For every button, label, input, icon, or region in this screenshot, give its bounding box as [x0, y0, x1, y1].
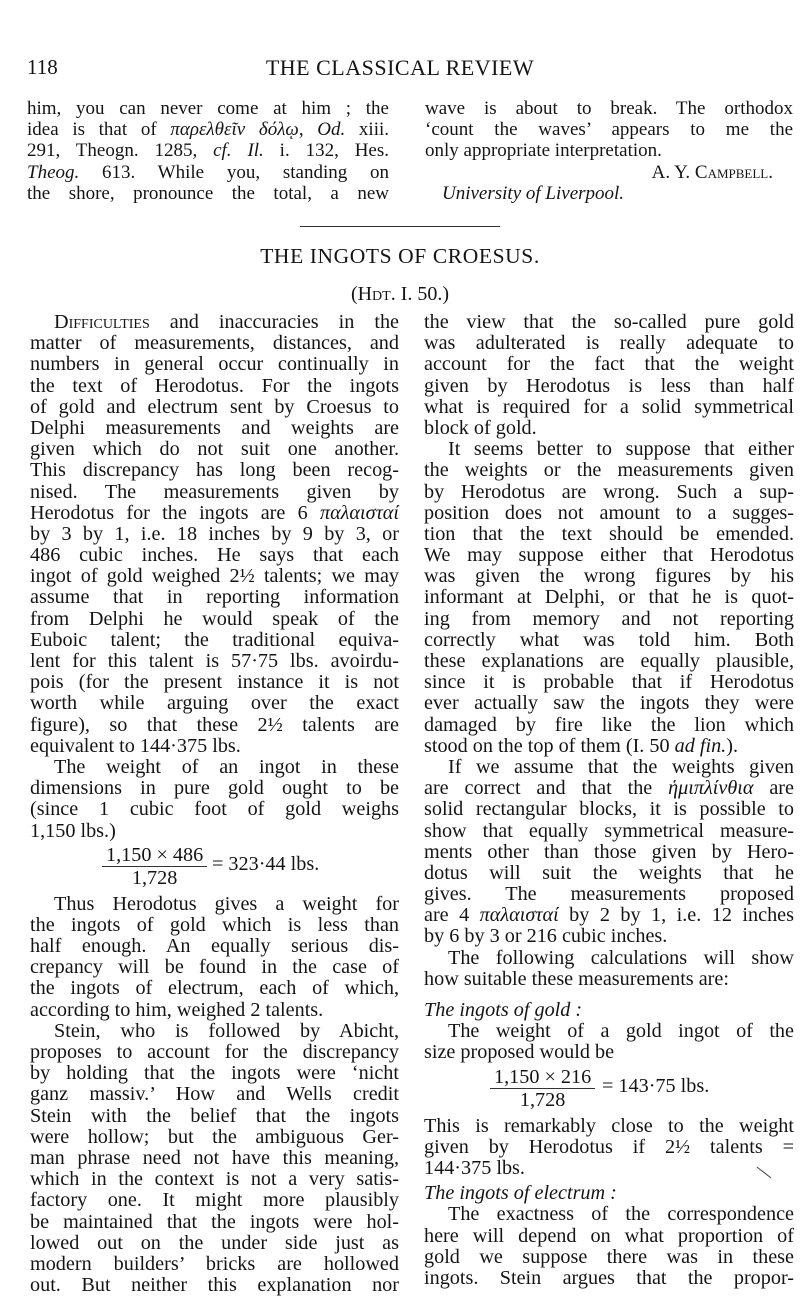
text-line: Stein with the belief that the ingots	[30, 1106, 399, 1127]
text-line: lent for this talent is 57·75 lbs. avoir…	[30, 651, 399, 672]
text-line: It seems better to suppose that either	[424, 439, 794, 460]
previous-article-right: wave is about to break. The orthodox ‘co…	[425, 98, 793, 204]
text-line: ever actually saw the ingots they were	[424, 693, 794, 714]
text-line: are 4 παλαισταί by 2 by 1, i.e. 12 inche…	[424, 905, 794, 926]
text-line: size proposed would be	[424, 1042, 794, 1063]
text-line: modern builders’ bricks are hollowed	[30, 1254, 399, 1275]
text-line: informant at Delphi, or that he is quot-	[424, 587, 794, 608]
text-line: only appropriate interpretation.	[425, 140, 793, 161]
text-line: Thus Herodotus gives a weight for	[30, 894, 399, 915]
paragraph-group: The weight of a gold ingot of thesize pr…	[424, 1021, 794, 1063]
text-line: ‘count the waves’ appears to me the	[425, 119, 793, 140]
text-line: from Delphi he would speak of the	[30, 609, 399, 630]
text-line: ganz massiv.’ How and Wells credit	[30, 1084, 399, 1105]
text-line: the shore, pronounce the total, a new	[27, 183, 389, 204]
text-line: by Herodotus are wrong. Such a sup-	[424, 482, 794, 503]
text-line: these explanations are equally plausible…	[424, 651, 794, 672]
text-line: out. But neither this explanation nor	[30, 1275, 399, 1296]
author-signature: A. Y. Campbell.	[425, 162, 793, 183]
text-line: show that equally symmetrical measure-	[424, 821, 794, 842]
text-line: Theog. 613. While you, standing on	[27, 162, 389, 183]
text-line: Difficulties and inaccuracies in the	[30, 312, 399, 333]
running-head: 118 THE CLASSICAL REVIEW	[0, 55, 800, 85]
text-line: ingots. Stein argues that the propor-	[424, 1268, 794, 1289]
text-line: stood on the top of them (I. 50 ad fin.)…	[424, 736, 794, 757]
fraction: 1,150 × 216 1,728	[490, 1066, 595, 1111]
text-line: equivalent to 144·375 lbs.	[30, 736, 399, 757]
text-line: Stein, who is followed by Abicht,	[30, 1021, 399, 1042]
text-line: man phrase need not have this meaning,	[30, 1148, 399, 1169]
formula-result: = 323·44 lbs.	[212, 854, 319, 875]
text-line: proposes to account for the discrepancy	[30, 1042, 399, 1063]
text-line: of gold and electrum sent by Croesus to	[30, 397, 399, 418]
text-line: If we assume that the weights given	[424, 757, 794, 778]
paragraph-group: The exactness of the correspondencehere …	[424, 1204, 794, 1289]
paragraph-group: Difficulties and inaccuracies in thematt…	[30, 312, 399, 842]
text-line: by 6 by 3 or 216 cubic inches.	[424, 926, 794, 947]
text-line: Euboic talent; the traditional equiva-	[30, 630, 399, 651]
text-line: block of gold.	[424, 418, 794, 439]
text-line: which in the context is not a very satis…	[30, 1169, 399, 1190]
text-line: This is remarkably close to the weight	[424, 1116, 794, 1137]
text-line: ingot of gold weighed 2½ talents; we may	[30, 566, 399, 587]
text-line: pois (for the present instance it is not	[30, 672, 399, 693]
text-line: given by Herodotus if 2½ talents =	[424, 1137, 794, 1158]
denominator: 1,728	[102, 867, 207, 889]
text-line: the ingots of gold which is less than	[30, 915, 399, 936]
text-line: him, you can never come at him ; the	[27, 98, 389, 119]
text-line: ments other than those given by Hero-	[424, 842, 794, 863]
text-line: idea is that of παρελθεῖν δόλῳ, Od. xiii…	[27, 119, 389, 140]
text-line: ing from memory and not reporting	[424, 609, 794, 630]
text-line: by holding that the ingots were ‘nicht	[30, 1063, 399, 1084]
text-line: was adulterated is really adequate to	[424, 333, 794, 354]
fraction: 1,150 × 486 1,728	[102, 844, 207, 889]
text-line: (since 1 cubic foot of gold weighs	[30, 799, 399, 820]
text-line: gold we suppose there was in these	[424, 1247, 794, 1268]
text-line: position does not amount to a sugges-	[424, 503, 794, 524]
text-line: Herodotus for the ingots are 6 παλαισταί	[30, 503, 399, 524]
text-line: were hollow; but the ambiguous Ger-	[30, 1127, 399, 1148]
text-line: matter of measurements, distances, and	[30, 333, 399, 354]
text-line: figure), so that these 2½ talents are	[30, 715, 399, 736]
text-line: The exactness of the correspondence	[424, 1204, 794, 1225]
text-line: wave is about to break. The orthodox	[425, 98, 793, 119]
text-line: are correct and that the ἡμιπλίνθια are	[424, 778, 794, 799]
text-line: given by Herodotus is less than half	[424, 376, 794, 397]
text-line: how suitable these measurements are:	[424, 969, 794, 990]
text-line: correctly what was told him. Both	[424, 630, 794, 651]
text-line: This discrepancy has long been recog-	[30, 460, 399, 481]
text-line: 486 cubic inches. He says that each	[30, 545, 399, 566]
text-line: damaged by fire like the lion which	[424, 715, 794, 736]
text-line: The weight of an ingot in these	[30, 757, 399, 778]
text-line: account for the fact that the weight	[424, 354, 794, 375]
text-line: We may suppose either that Herodotus	[424, 545, 794, 566]
text-line: here will depend on what proportion of	[424, 1226, 794, 1247]
paragraph-group: the view that the so-called pure goldwas…	[424, 312, 794, 990]
text-line: 1,150 lbs.)	[30, 821, 399, 842]
drop-word: Difficulties	[54, 311, 150, 333]
text-line: numbers in general occur continually in	[30, 354, 399, 375]
text-line: Delphi measurements and weights are	[30, 418, 399, 439]
text-line: according to him, weighed 2 talents.	[30, 1000, 399, 1021]
text-line: given which do not suit one another.	[30, 439, 399, 460]
text-line: factory one. It might more plausibly	[30, 1190, 399, 1211]
paragraph-group: Thus Herodotus gives a weight forthe ing…	[30, 894, 399, 1297]
text-line: 144·375 lbs.	[424, 1158, 794, 1179]
text-line: gives. The measurements proposed	[424, 884, 794, 905]
text-line: dimensions in pure gold ought to be	[30, 778, 399, 799]
denominator: 1,728	[490, 1089, 595, 1111]
journal-title: THE CLASSICAL REVIEW	[0, 55, 800, 81]
text-line: was given the wrong figures by his	[424, 566, 794, 587]
text-line: dotus will suit the weights that he	[424, 863, 794, 884]
text-line: worth while arguing over the exact	[30, 693, 399, 714]
section-heading-gold: The ingots of gold :	[424, 1000, 794, 1021]
text-line: The following calculations will show	[424, 948, 794, 969]
formula-result: = 143·75 lbs.	[602, 1076, 709, 1097]
section-heading-electrum: The ingots of electrum :	[424, 1183, 794, 1204]
text-line: the view that the so-called pure gold	[424, 312, 794, 333]
text-line: crepancy will be found in the case of	[30, 957, 399, 978]
text-line: solid rectangular blocks, it is possible…	[424, 799, 794, 820]
formula-1: 1,150 × 486 1,728 = 323·44 lbs.	[30, 842, 399, 894]
text-line: be maintained that the ingots were hol-	[30, 1212, 399, 1233]
text-line: the weights or the measurements given	[424, 460, 794, 481]
text-line: The weight of a gold ingot of the	[424, 1021, 794, 1042]
previous-article-left: him, you can never come at him ; the ide…	[27, 98, 389, 204]
article-right-column: the view that the so-called pure goldwas…	[424, 312, 794, 1289]
text-line: nised. The measurements given by	[30, 482, 399, 503]
text-line: assume that in reporting information	[30, 587, 399, 608]
numerator: 1,150 × 216	[490, 1066, 595, 1089]
author-affiliation: University of Liverpool.	[425, 183, 793, 204]
section-divider	[300, 226, 500, 227]
article-title: THE INGOTS OF CROESUS.	[0, 244, 800, 269]
article-left-column: Difficulties and inaccuracies in thematt…	[30, 312, 399, 1296]
text-line: the ingots of electrum, each of which,	[30, 978, 399, 999]
text-line: since it is probable that if Herodotus	[424, 672, 794, 693]
text-line: lowed out on the under side just as	[30, 1233, 399, 1254]
text-line: the text of Herodotus. For the ingots	[30, 376, 399, 397]
text-line: half enough. An equally serious dis-	[30, 936, 399, 957]
article-subtitle: (Hdt. I. 50.)	[0, 283, 800, 306]
text-line: 291, Theogn. 1285, cf. Il. i. 132, Hes.	[27, 140, 389, 161]
formula-2: 1,150 × 216 1,728 = 143·75 lbs.	[424, 1064, 794, 1116]
text-line: by 3 by 1, i.e. 18 inches by 9 by 3, or	[30, 524, 399, 545]
paragraph-group: This is remarkably close to the weightgi…	[424, 1116, 794, 1180]
numerator: 1,150 × 486	[102, 844, 207, 867]
text-line: what is required for a solid symmetrical	[424, 397, 794, 418]
text-line: tion that the text should be emended.	[424, 524, 794, 545]
